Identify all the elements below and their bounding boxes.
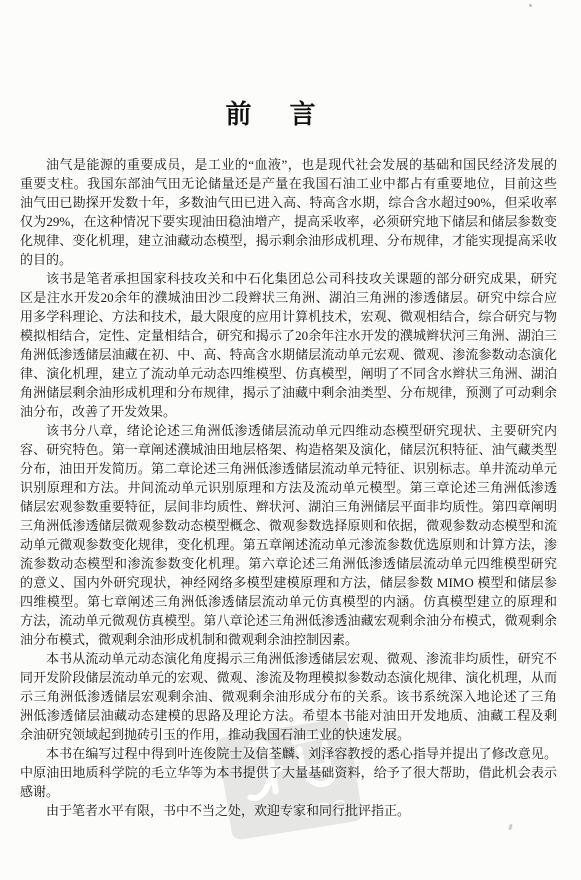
text-line: 动单元微观参数变化规律，变化机理。第五章阐述流动单元渗流参数优选原则和计算方法，… xyxy=(20,535,557,554)
text-line: 感谢。 xyxy=(20,782,557,801)
text-line: 角洲储层剩余油形成机理和分布规律，揭示了油藏中剩余油类型、分布规律，预测了可动剩… xyxy=(20,383,557,402)
book-preface-page: PDG 前 言 油气是能源的重要成员，是工业的“血液”，也是现代社会发展的基础和… xyxy=(0,0,581,880)
paragraph: 本书从流动单元动态演化角度揭示三角洲低渗透储层宏观、微观、渗流非均质性，研究不 … xyxy=(20,649,557,744)
text-line: 区是注水开发20余年的濮城油田沙二段辫状三角洲、湖泊三角洲的渗透储层。研究中综合… xyxy=(20,288,557,307)
text-line: 容、研究特色。第一章阐述濮城油田地层格架、构造格架及演化，储层沉积特征、油气藏类… xyxy=(20,440,557,459)
text-line: 由于笔者水平有限，书中不当之处，欢迎专家和同行批评指正。 xyxy=(20,801,557,820)
page-title: 前 言 xyxy=(0,94,564,131)
text-line: 本书在编写过程中得到叶连俊院士及信荃麟、刘泽容教授的悉心指导并提出了修改意见。 xyxy=(20,744,557,763)
preface-body: 油气是能源的重要成员，是工业的“血液”，也是现代社会发展的基础和国民经济发展的 … xyxy=(20,155,557,820)
text-line: 洲低渗透储层油藏动态建模的思路及理论方法。希望本书能对油田开发地质、油藏工程及剩 xyxy=(20,706,557,725)
text-line: 油分布，改善了开发效果。 xyxy=(20,402,557,421)
text-line: 的目的。 xyxy=(20,250,557,269)
text-line: 化规律、变化机理，建立油藏动态模型，揭示剩余油形成机理、分布规律，才能实现提高采… xyxy=(20,231,557,250)
text-line: 油气是能源的重要成员，是工业的“血液”，也是现代社会发展的基础和国民经济发展的 xyxy=(20,155,557,174)
text-line: 中原油田地质科学院的毛立华等为本书提供了大量基础资料，给予了很大帮助，借此机会表… xyxy=(20,763,557,782)
paragraph: 由于笔者水平有限，书中不当之处，欢迎专家和同行批评指正。 xyxy=(20,801,557,820)
text-line: 重要支柱。我国东部油气田无论储量还是产量在我国石油工业中都占有重要地位，目前这些 xyxy=(20,174,557,193)
paragraph: 该书分八章，绪论论述三角洲低渗透储层流动单元四维动态模型研究现状、主要研究内 容… xyxy=(20,421,557,649)
text-line: 油气田已勘探开发数十年，多数油气田已进入高、特高含水期，综合含水超过90%，但采… xyxy=(20,193,557,212)
text-line: 该书分八章，绪论论述三角洲低渗透储层流动单元四维动态模型研究现状、主要研究内 xyxy=(20,421,557,440)
scan-speck xyxy=(529,4,532,7)
text-line: 储层宏观参数重要特征，层间非均质性、辫状河、湖泊三角洲储层平面非均质性。第四章阐… xyxy=(20,497,557,516)
text-line: 角洲低渗透储层油藏在初、中、高、特高含水期储层流动单元宏观、微观、渗流参数动态演… xyxy=(20,345,557,364)
paragraph: 本书在编写过程中得到叶连俊院士及信荃麟、刘泽容教授的悉心指导并提出了修改意见。 … xyxy=(20,744,557,801)
text-line: 同开发阶段储层流动单元的宏观、微观、渗流及物理模拟参数动态演化规律、演化机理，从… xyxy=(20,668,557,687)
text-line: 四维模型。第七章阐述三角洲低渗透储层流动单元仿真模型的内涵。仿真模型建立的原理和 xyxy=(20,592,557,611)
paragraph: 该书是笔者承担国家科技攻关和中石化集团总公司科技攻关课题的部分研究成果，研究 区… xyxy=(20,269,557,421)
text-line: 模拟相结合，定性、定量相结合，研究和揭示了20余年注水开发的濮城辫状河三角洲、湖… xyxy=(20,326,557,345)
text-line: 本书从流动单元动态演化角度揭示三角洲低渗透储层宏观、微观、渗流非均质性，研究不 xyxy=(20,649,557,668)
text-line: 的意义、国内外研究现状，神经网络多模型建模原理和方法，储层参数 MIMO 模型和… xyxy=(20,573,557,592)
text-line: 仅为29%，在这种情况下要实现油田稳油增产，提高采收率，必须研究地下储层和储层参… xyxy=(20,212,557,231)
text-line: 油分布模式，微观剩余油形成机制和微观剩余油控制因素。 xyxy=(20,630,557,649)
text-line: 余油研究领域起到抛砖引玉的作用，推动我国石油工业的快速发展。 xyxy=(20,725,557,744)
text-line: 律、演化机理，建立了流动单元动态四维模型、仿真模型，阐明了不同含水辫状三角洲、湖… xyxy=(20,364,557,383)
text-line: 流参数动态模型和渗流参数变化机理。第六章论述三角洲低渗透储层流动单元四维模型研究 xyxy=(20,554,557,573)
scan-speck xyxy=(508,824,513,831)
text-line: 分布，油田开发简历。第二章论述三角洲低渗透储层流动单元特征、识别标志。单井流动单… xyxy=(20,459,557,478)
text-line: 示三角洲低渗透储层宏观剩余油、微观剩余油形成分布的关系。该书系统深入地论述了三角 xyxy=(20,687,557,706)
text-line: 方法，流动单元微观仿真模型。第八章论述三角洲低渗透油藏宏观剩余油分布模式，微观剩… xyxy=(20,611,557,630)
text-line: 三角洲低渗透储层微观参数动态模型概念、微观参数选择原则和依据，微观参数动态模型和… xyxy=(20,516,557,535)
text-line: 该书是笔者承担国家科技攻关和中石化集团总公司科技攻关课题的部分研究成果，研究 xyxy=(20,269,557,288)
text-line: 识别原理和方法。井间流动单元识别原理和方法及流动单元模型。第三章论述三角洲低渗透 xyxy=(20,478,557,497)
paragraph: 油气是能源的重要成员，是工业的“血液”，也是现代社会发展的基础和国民经济发展的 … xyxy=(20,155,557,269)
text-line: 用多学科理论、方法和技术，最大限度的应用计算机技术，宏观、微观相结合，综合研究与… xyxy=(20,307,557,326)
